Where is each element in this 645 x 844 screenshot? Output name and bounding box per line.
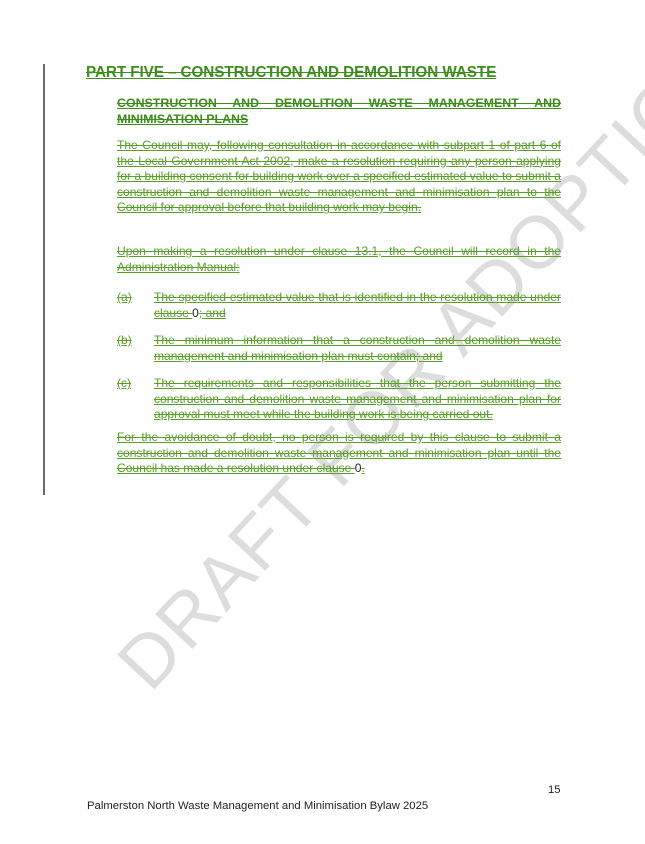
revision-change-bar: [43, 64, 45, 495]
list-item-text: The requirements and responsibilities th…: [154, 376, 561, 423]
list-item-a: (a) The specified estimated value that i…: [117, 290, 561, 321]
list-item-b: (b) The minimum information that a const…: [117, 333, 561, 364]
list-item-text: The specified estimated value that is id…: [154, 290, 561, 321]
list-item-text: The minimum information that a construct…: [154, 333, 561, 364]
paragraph-avoidance-of-doubt: For the avoidance of doubt, no person is…: [117, 430, 561, 477]
footer-title: Palmerston North Waste Management and Mi…: [87, 800, 428, 812]
document-page: DRAFT FOR ADOPTION PART FIVE – CONSTRUCT…: [0, 0, 645, 844]
section-heading: CONSTRUCTION AND DEMOLITION WASTE MANAGE…: [117, 96, 561, 127]
paragraph-resolution-record: Upon making a resolution under clause 13…: [117, 244, 561, 275]
list-item-label: (a): [117, 290, 154, 306]
part-heading: PART FIVE – CONSTRUCTION AND DEMOLITION …: [86, 64, 496, 82]
list-item-label: (b): [117, 333, 154, 349]
clause-cross-reference[interactable]: 0: [192, 306, 199, 320]
list-item-c: (c) The requirements and responsibilitie…: [117, 376, 561, 423]
list-item-label: (c): [117, 376, 154, 392]
page-number: 15: [548, 784, 561, 796]
paragraph-consultation: The Council may, following consultation …: [117, 138, 561, 216]
